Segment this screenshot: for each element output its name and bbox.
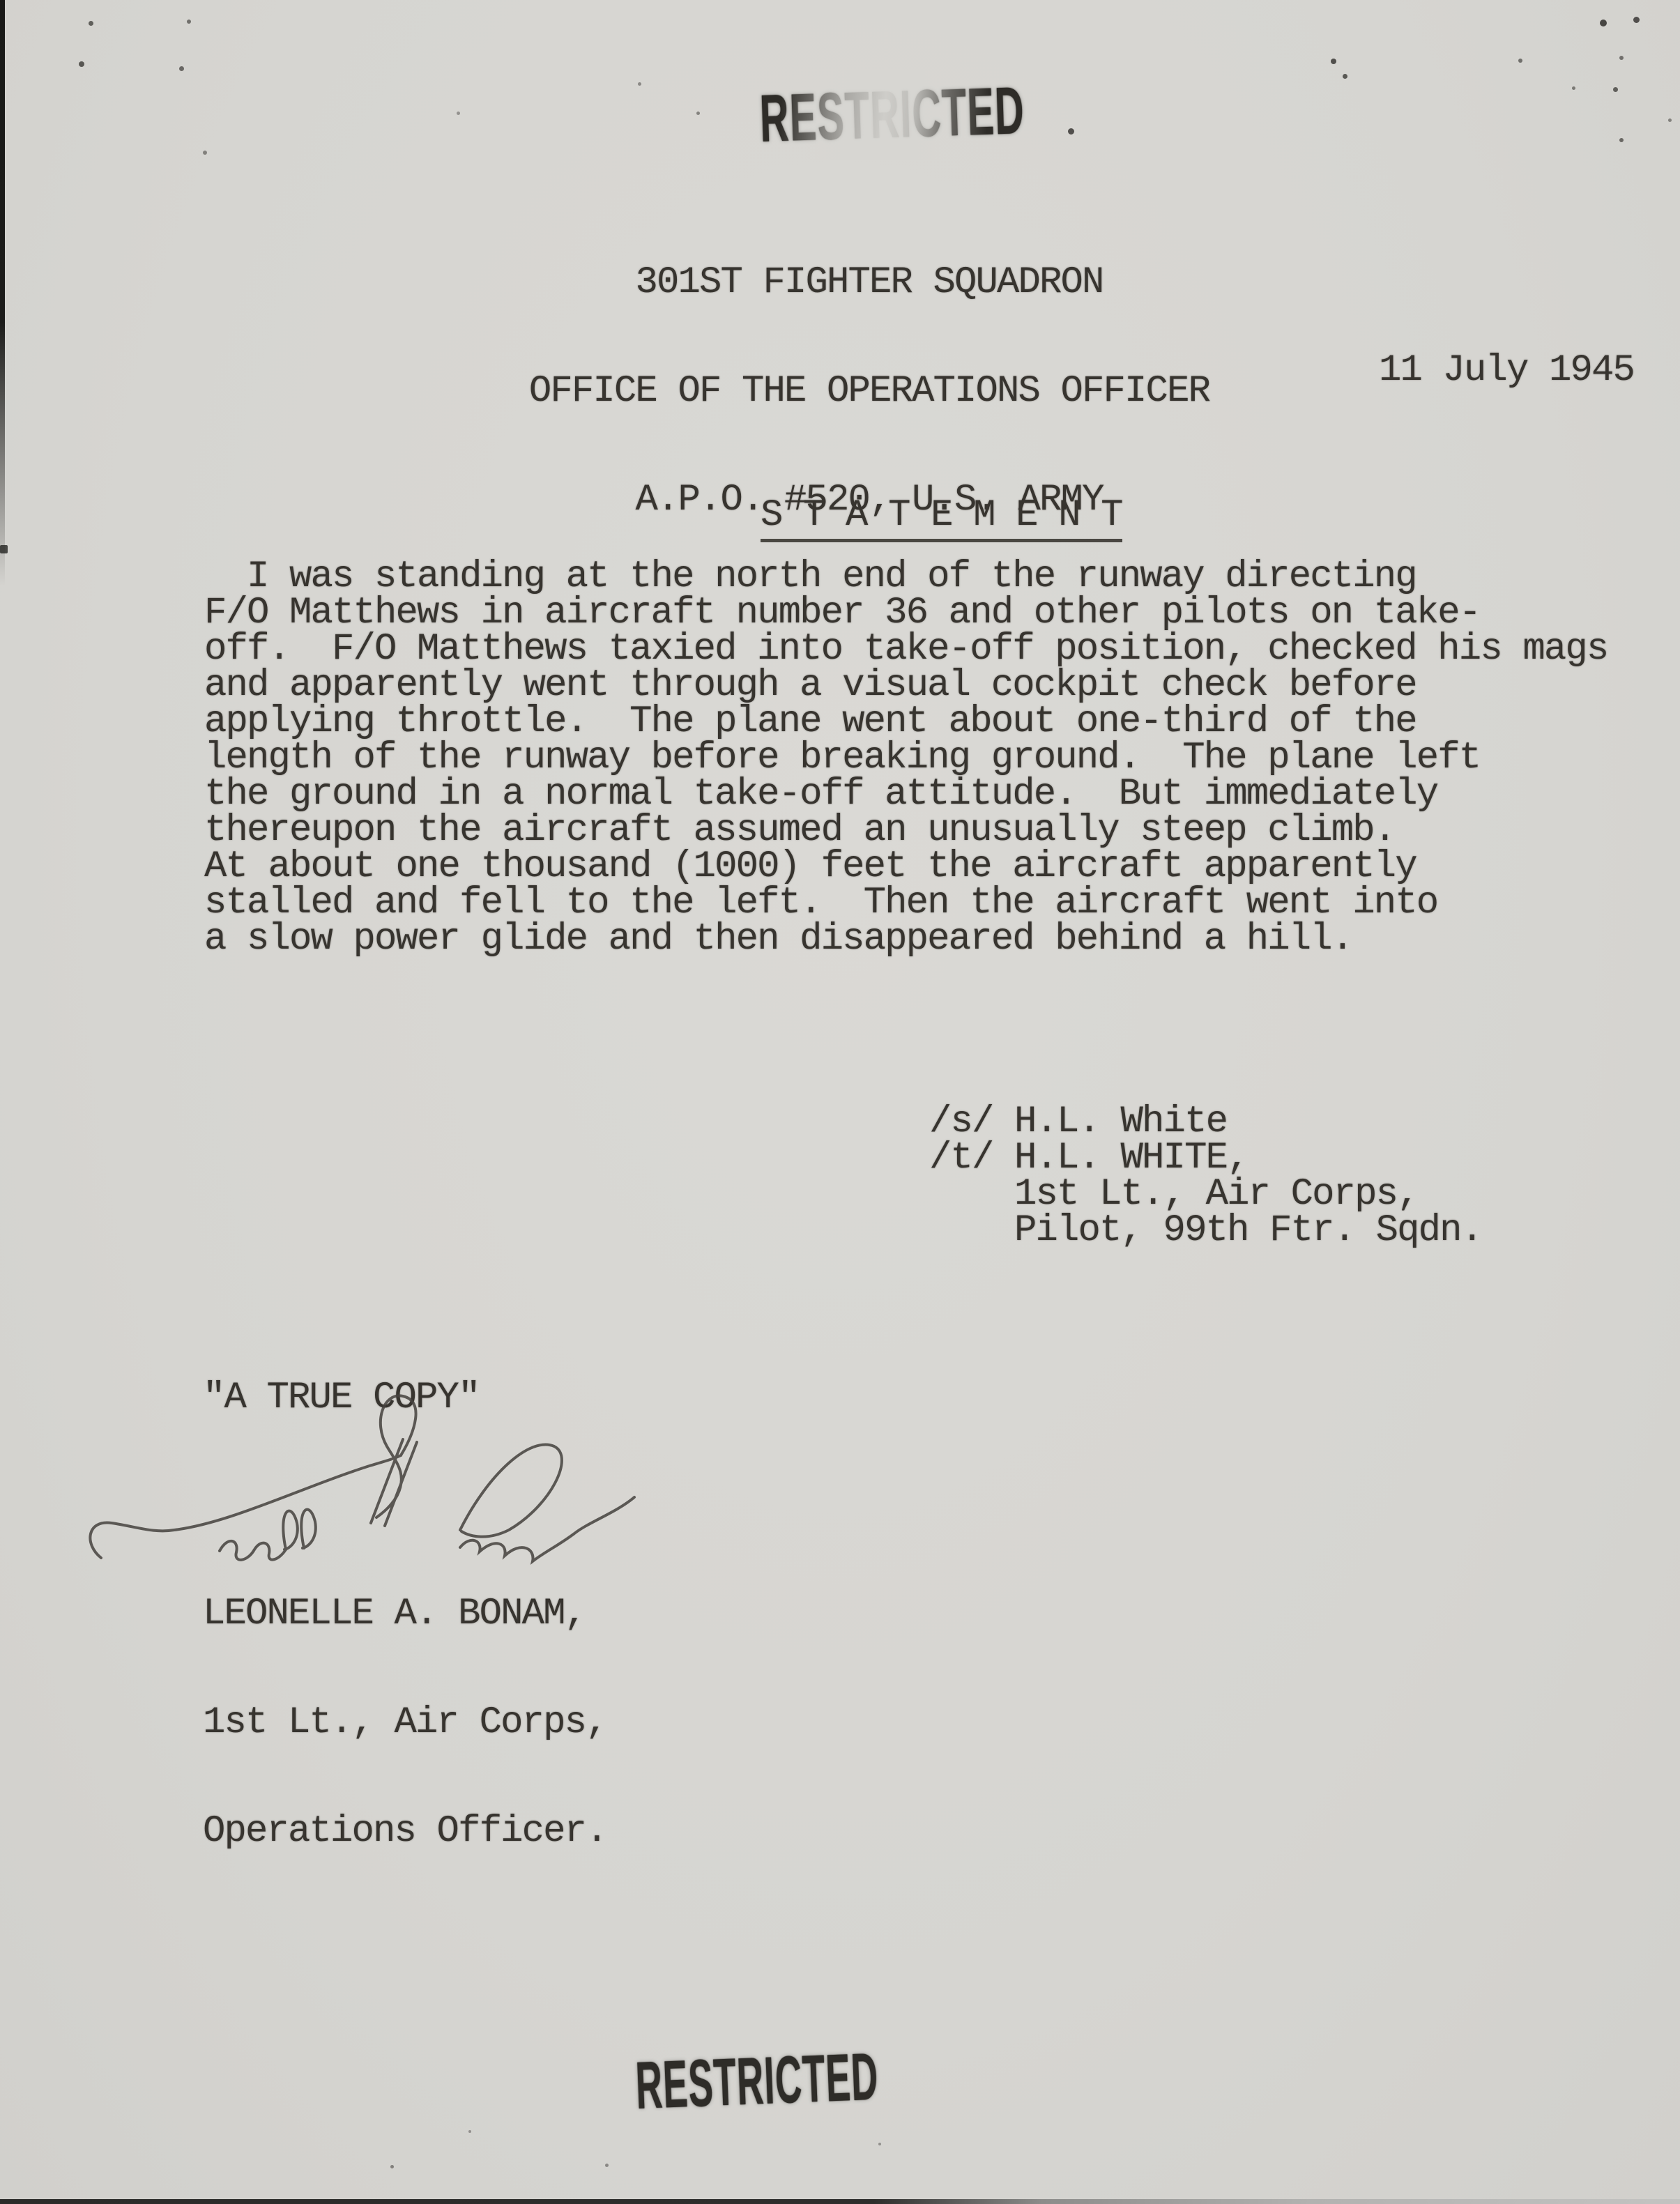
restricted-stamp-top-text: RESTRICTED xyxy=(758,72,1025,158)
restricted-stamp-bottom-text: RESTRICTED xyxy=(634,2039,880,2125)
restricted-stamp-top: RESTRICTED xyxy=(760,81,1201,158)
statement-body: I was standing at the north end of the r… xyxy=(204,559,1608,958)
certifier-name: LEONELLE A. BONAM, xyxy=(203,1596,607,1632)
certifier-rank: 1st Lt., Air Corps, xyxy=(203,1705,607,1741)
scan-left-edge-artifact xyxy=(0,0,5,586)
certifier-title: Operations Officer. xyxy=(203,1814,607,1850)
statement-title: S T A T E M E N T xyxy=(675,461,1122,570)
scan-edge-mark xyxy=(0,545,8,553)
letterhead-office: OFFICE OF THE OPERATIONS OFFICER xyxy=(450,374,1289,410)
document-page: RESTRICTED 301ST FIGHTER SQUADRON OFFICE… xyxy=(0,0,1680,2204)
statement-title-text: S T A T E M E N T xyxy=(761,494,1122,542)
letterhead-unit: 301ST FIGHTER SQUADRON xyxy=(450,265,1289,301)
restricted-stamp-bottom: RESTRICTED xyxy=(636,2048,1077,2125)
date-line: 11 July 1945 xyxy=(1379,353,1634,389)
scan-bottom-edge-artifact xyxy=(0,2199,1680,2204)
witness-signature-block: /s/ H.L. White /t/ H.L. WHITE, 1st Lt., … xyxy=(929,1104,1482,1249)
certifier-block: LEONELLE A. BONAM, 1st Lt., Air Corps, O… xyxy=(203,1524,607,1922)
